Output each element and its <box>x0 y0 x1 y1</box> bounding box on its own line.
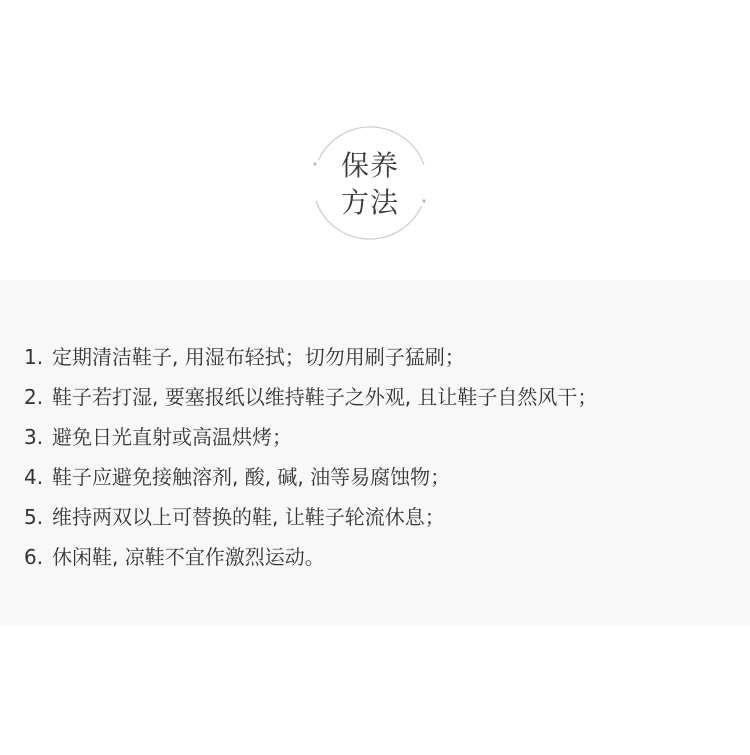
item-text: 鞋子应避免接触溶剂, 酸, 碱, 油等易腐蚀物； <box>52 465 450 489</box>
section-title: 保养 方法 <box>310 147 430 221</box>
item-number: 4. <box>24 457 52 497</box>
item-number: 5. <box>24 497 52 537</box>
section-title-line-1: 保养 <box>310 147 430 184</box>
item-text: 避免日光直射或高温烘烤； <box>52 425 292 449</box>
item-number: 3. <box>24 417 52 457</box>
care-instructions-panel: 1.定期清洁鞋子, 用湿布轻拭；切勿用刷子猛刷； 2.鞋子若打湿, 要塞报纸以维… <box>0 280 750 625</box>
item-number: 1. <box>24 337 52 377</box>
item-number: 6. <box>24 537 52 577</box>
list-item: 2.鞋子若打湿, 要塞报纸以维持鞋子之外观, 且让鞋子自然风干； <box>24 377 597 417</box>
item-text: 休闲鞋, 凉鞋不宜作激烈运动。 <box>52 545 325 569</box>
item-text: 定期清洁鞋子, 用湿布轻拭；切勿用刷子猛刷； <box>52 345 465 369</box>
item-number: 2. <box>24 377 52 417</box>
section-title-line-2: 方法 <box>310 184 430 221</box>
list-item: 3.避免日光直射或高温烘烤； <box>24 417 597 457</box>
footer-spacer <box>0 625 750 755</box>
section-title-badge: 保养 方法 <box>310 123 430 243</box>
item-text: 鞋子若打湿, 要塞报纸以维持鞋子之外观, 且让鞋子自然风干； <box>52 385 597 409</box>
item-text: 维持两双以上可替换的鞋, 让鞋子轮流休息； <box>52 505 445 529</box>
list-item: 5.维持两双以上可替换的鞋, 让鞋子轮流休息； <box>24 497 597 537</box>
care-instructions-list: 1.定期清洁鞋子, 用湿布轻拭；切勿用刷子猛刷； 2.鞋子若打湿, 要塞报纸以维… <box>24 337 597 577</box>
header-section: 保养 方法 <box>0 0 750 280</box>
list-item: 1.定期清洁鞋子, 用湿布轻拭；切勿用刷子猛刷； <box>24 337 597 377</box>
list-item: 4.鞋子应避免接触溶剂, 酸, 碱, 油等易腐蚀物； <box>24 457 597 497</box>
list-item: 6.休闲鞋, 凉鞋不宜作激烈运动。 <box>24 537 597 577</box>
